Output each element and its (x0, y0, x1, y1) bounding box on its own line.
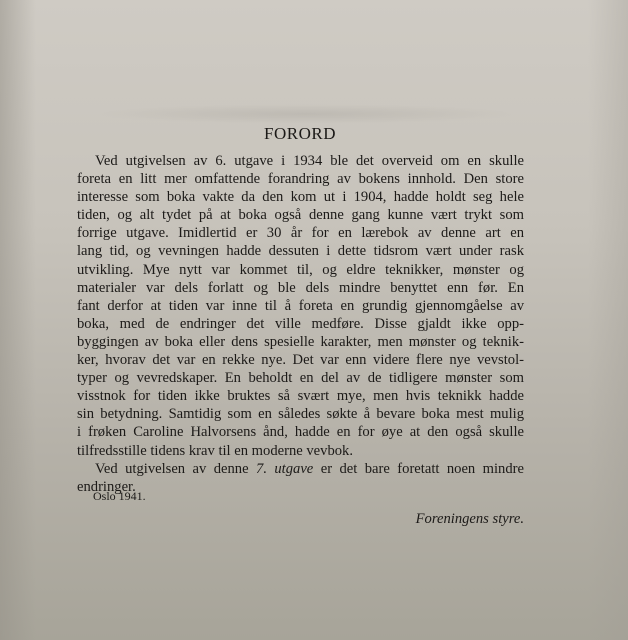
text-line: i frøken Caroline Halvorsens ånd, hadde … (77, 423, 524, 441)
text-line: ker, hvorav det var en rekke nye. Det va… (77, 351, 524, 369)
text-line: foreta en litt mer omfattende forandring… (77, 170, 524, 188)
text-line: Ved utgivelsen av 6. utgave i 1934 ble d… (77, 152, 524, 170)
page-shadow-right (588, 0, 628, 640)
text-line: tiden, og alt tydet på at boka også denn… (77, 206, 524, 224)
text-line: lang tid, og vevningen hadde dessuten i … (77, 242, 524, 260)
text-segment: Ved utgivelsen av denne (95, 461, 256, 477)
page-shadow-left (0, 0, 36, 640)
text-line: fant derfor at tiden var inne til å fore… (77, 297, 524, 315)
text-line: forrige utgave. Imidlertid er 30 år for … (77, 224, 524, 242)
text-line: byggingen av boka eller dens spesielle k… (77, 333, 524, 351)
page-title: FORORD (0, 124, 600, 144)
text-line: tilfredsstille tidens krav til en modern… (77, 442, 524, 460)
text-segment: er det bare foretatt noen mindre (313, 461, 524, 477)
text-line: sin betydning. Samtidig som en således s… (77, 405, 524, 423)
show-through-text (96, 104, 516, 124)
signature: Foreningens styre. (416, 511, 524, 528)
place-date: Oslo 1941. (93, 489, 146, 504)
text-line: materialer var dels forlatt og ble dels … (77, 279, 524, 297)
text-line: utvikling. Mye nytt var kommet til, og e… (77, 261, 524, 279)
text-line: interesse som boka vakte da den kom ut i… (77, 188, 524, 206)
text-line-edition: Ved utgivelsen av denne 7. utgave er det… (77, 460, 524, 478)
text-line: visstnok for tiden ikke bruktes så svært… (77, 387, 524, 405)
foreword-body: Ved utgivelsen av 6. utgave i 1934 ble d… (77, 152, 524, 496)
text-line: typer og vevredskaper. En beholdt en del… (77, 369, 524, 387)
text-line: boka, med de endringer det ville medføre… (77, 315, 524, 333)
edition-emphasis: 7. utgave (256, 461, 313, 477)
